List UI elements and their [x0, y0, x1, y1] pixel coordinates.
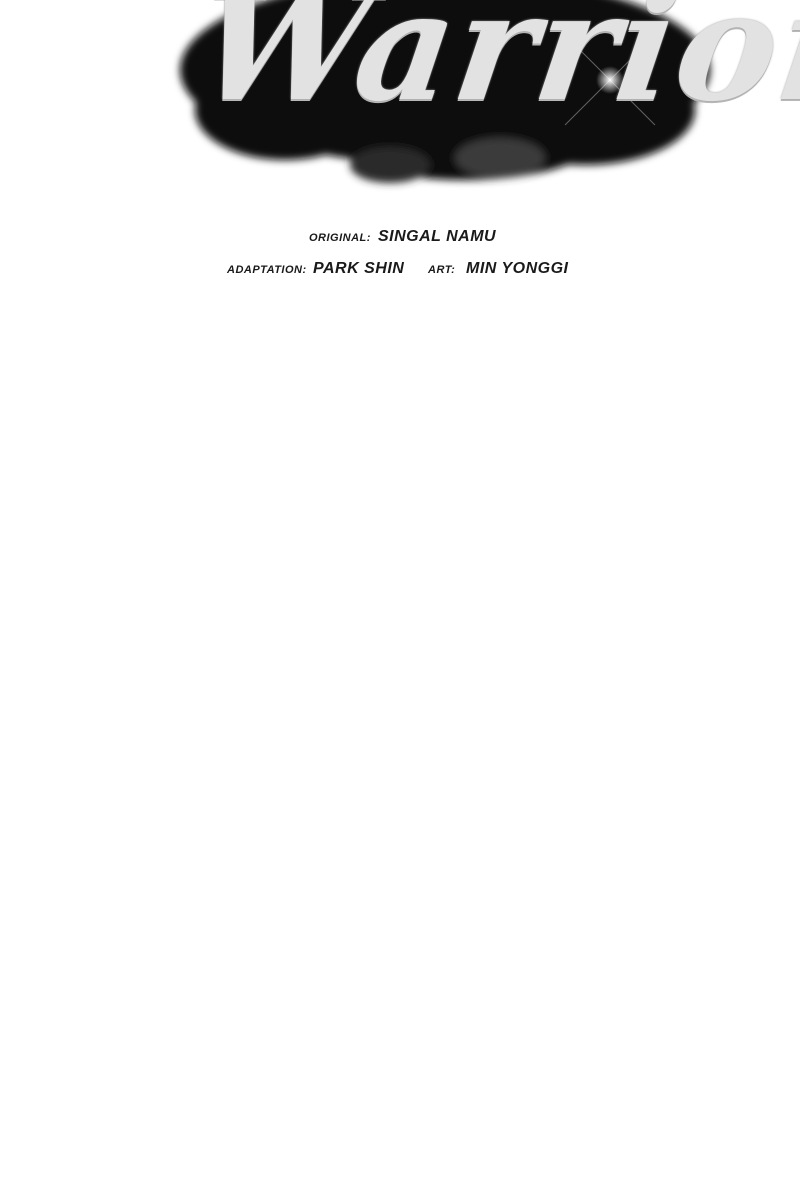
original-author: Singal Namu [378, 228, 496, 246]
art-label: Art: [428, 264, 455, 276]
adaptation-label: Adaptation: [227, 264, 307, 276]
art-author: Min Yonggi [466, 260, 569, 278]
adaptation-author: Park Shin [313, 260, 404, 278]
original-label: Original: [309, 232, 371, 244]
series-title: Warrior [189, 0, 730, 122]
